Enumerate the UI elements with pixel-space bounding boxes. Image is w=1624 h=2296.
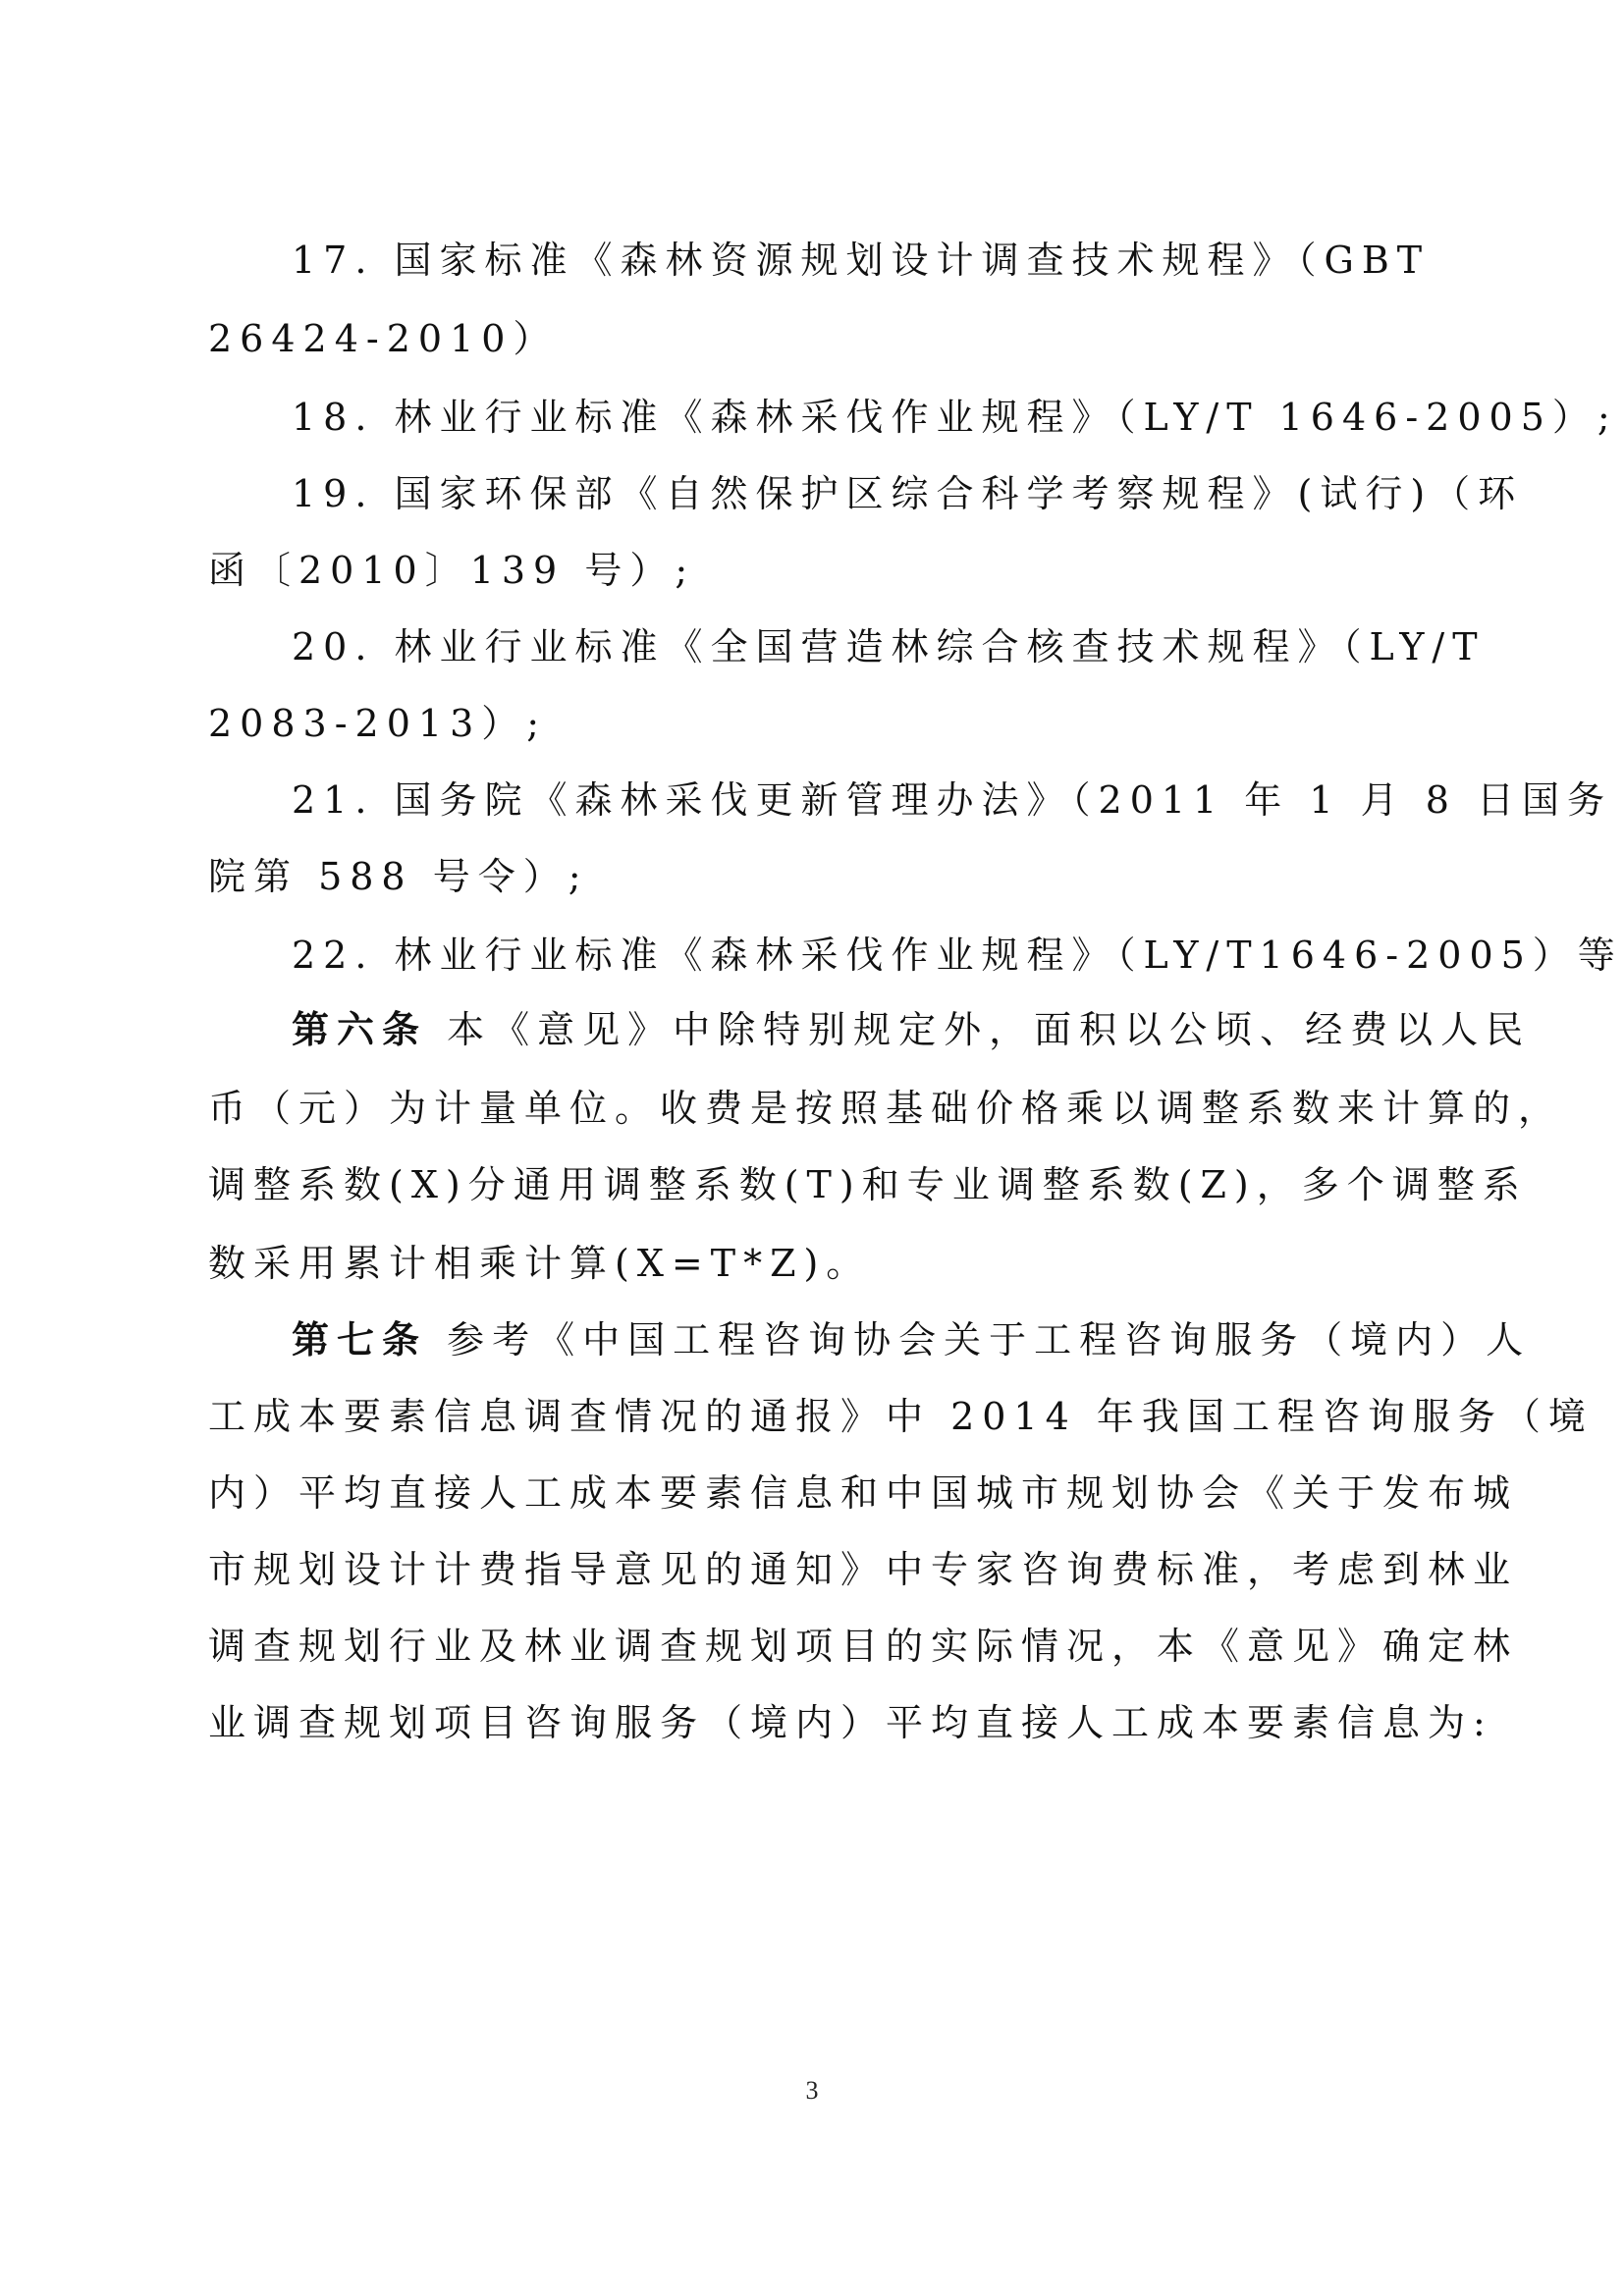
list-item-19-line-1: 19. 国家环保部《自然保护区综合科学考察规程》(试行)（环	[292, 469, 1523, 518]
article-6-line-2: 币（元）为计量单位。收费是按照基础价格乘以调整系数来计算的，	[208, 1084, 1563, 1133]
article-7-line-2: 工成本要素信息调查情况的通报》中 2014 年我国工程咨询服务（境	[208, 1392, 1594, 1441]
article-7-line-1: 第七条 参考《中国工程咨询协会关于工程咨询服务（境内）人	[292, 1315, 1531, 1364]
list-item-17-line-2: 26424-2010）	[208, 314, 558, 363]
article-7-line-6: 业调查规划项目咨询服务（境内）平均直接人工成本要素信息为:	[208, 1698, 1493, 1747]
article-6-first-line-text: 本《意见》中除特别规定外，面积以公顷、经费以人民	[427, 1008, 1531, 1051]
list-item-21-line-1: 21. 国务院《森林采伐更新管理办法》（2011 年 1 月 8 日国务	[292, 775, 1612, 825]
list-item-18-line-1: 18. 林业行业标准《森林采伐作业规程》（LY/T 1646-2005）;	[292, 393, 1618, 442]
list-item-22-line-1: 22. 林业行业标准《森林采伐作业规程》（LY/T1646-2005）等。	[292, 931, 1624, 980]
article-7-line-5: 调查规划行业及林业调查规划项目的实际情况，本《意见》确定林	[208, 1622, 1518, 1671]
list-item-17-line-1: 17. 国家标准《森林资源规划设计调查技术规程》（GBT	[292, 236, 1430, 285]
article-6-line-1: 第六条 本《意见》中除特别规定外，面积以公顷、经费以人民	[292, 1005, 1531, 1054]
list-item-20-line-2: 2083-2013）;	[208, 699, 547, 748]
article-7-line-4: 市规划设计计费指导意见的通知》中专家咨询费标准，考虑到林业	[208, 1545, 1518, 1594]
article-7-line-3: 内）平均直接人工成本要素信息和中国城市规划协会《关于发布城	[208, 1468, 1518, 1518]
list-item-19-line-2: 函〔2010〕139 号）;	[208, 546, 695, 595]
article-7-first-line-text: 参考《中国工程咨询协会关于工程咨询服务（境内）人	[427, 1318, 1531, 1362]
article-6-line-4: 数采用累计相乘计算(X=T*Z)。	[208, 1239, 871, 1288]
list-item-20-line-1: 20. 林业行业标准《全国营造林综合核查技术规程》（LY/T	[292, 622, 1486, 671]
page-number: 3	[800, 2076, 824, 2106]
document-page: 17. 国家标准《森林资源规划设计调查技术规程》（GBT 26424-2010）…	[0, 0, 1624, 2296]
article-6-heading: 第六条	[292, 1008, 427, 1051]
list-item-21-line-2: 院第 588 号令）;	[208, 852, 589, 901]
article-7-heading: 第七条	[292, 1318, 427, 1362]
article-6-line-3: 调整系数(X)分通用调整系数(T)和专业调整系数(Z)，多个调整系	[208, 1160, 1528, 1209]
